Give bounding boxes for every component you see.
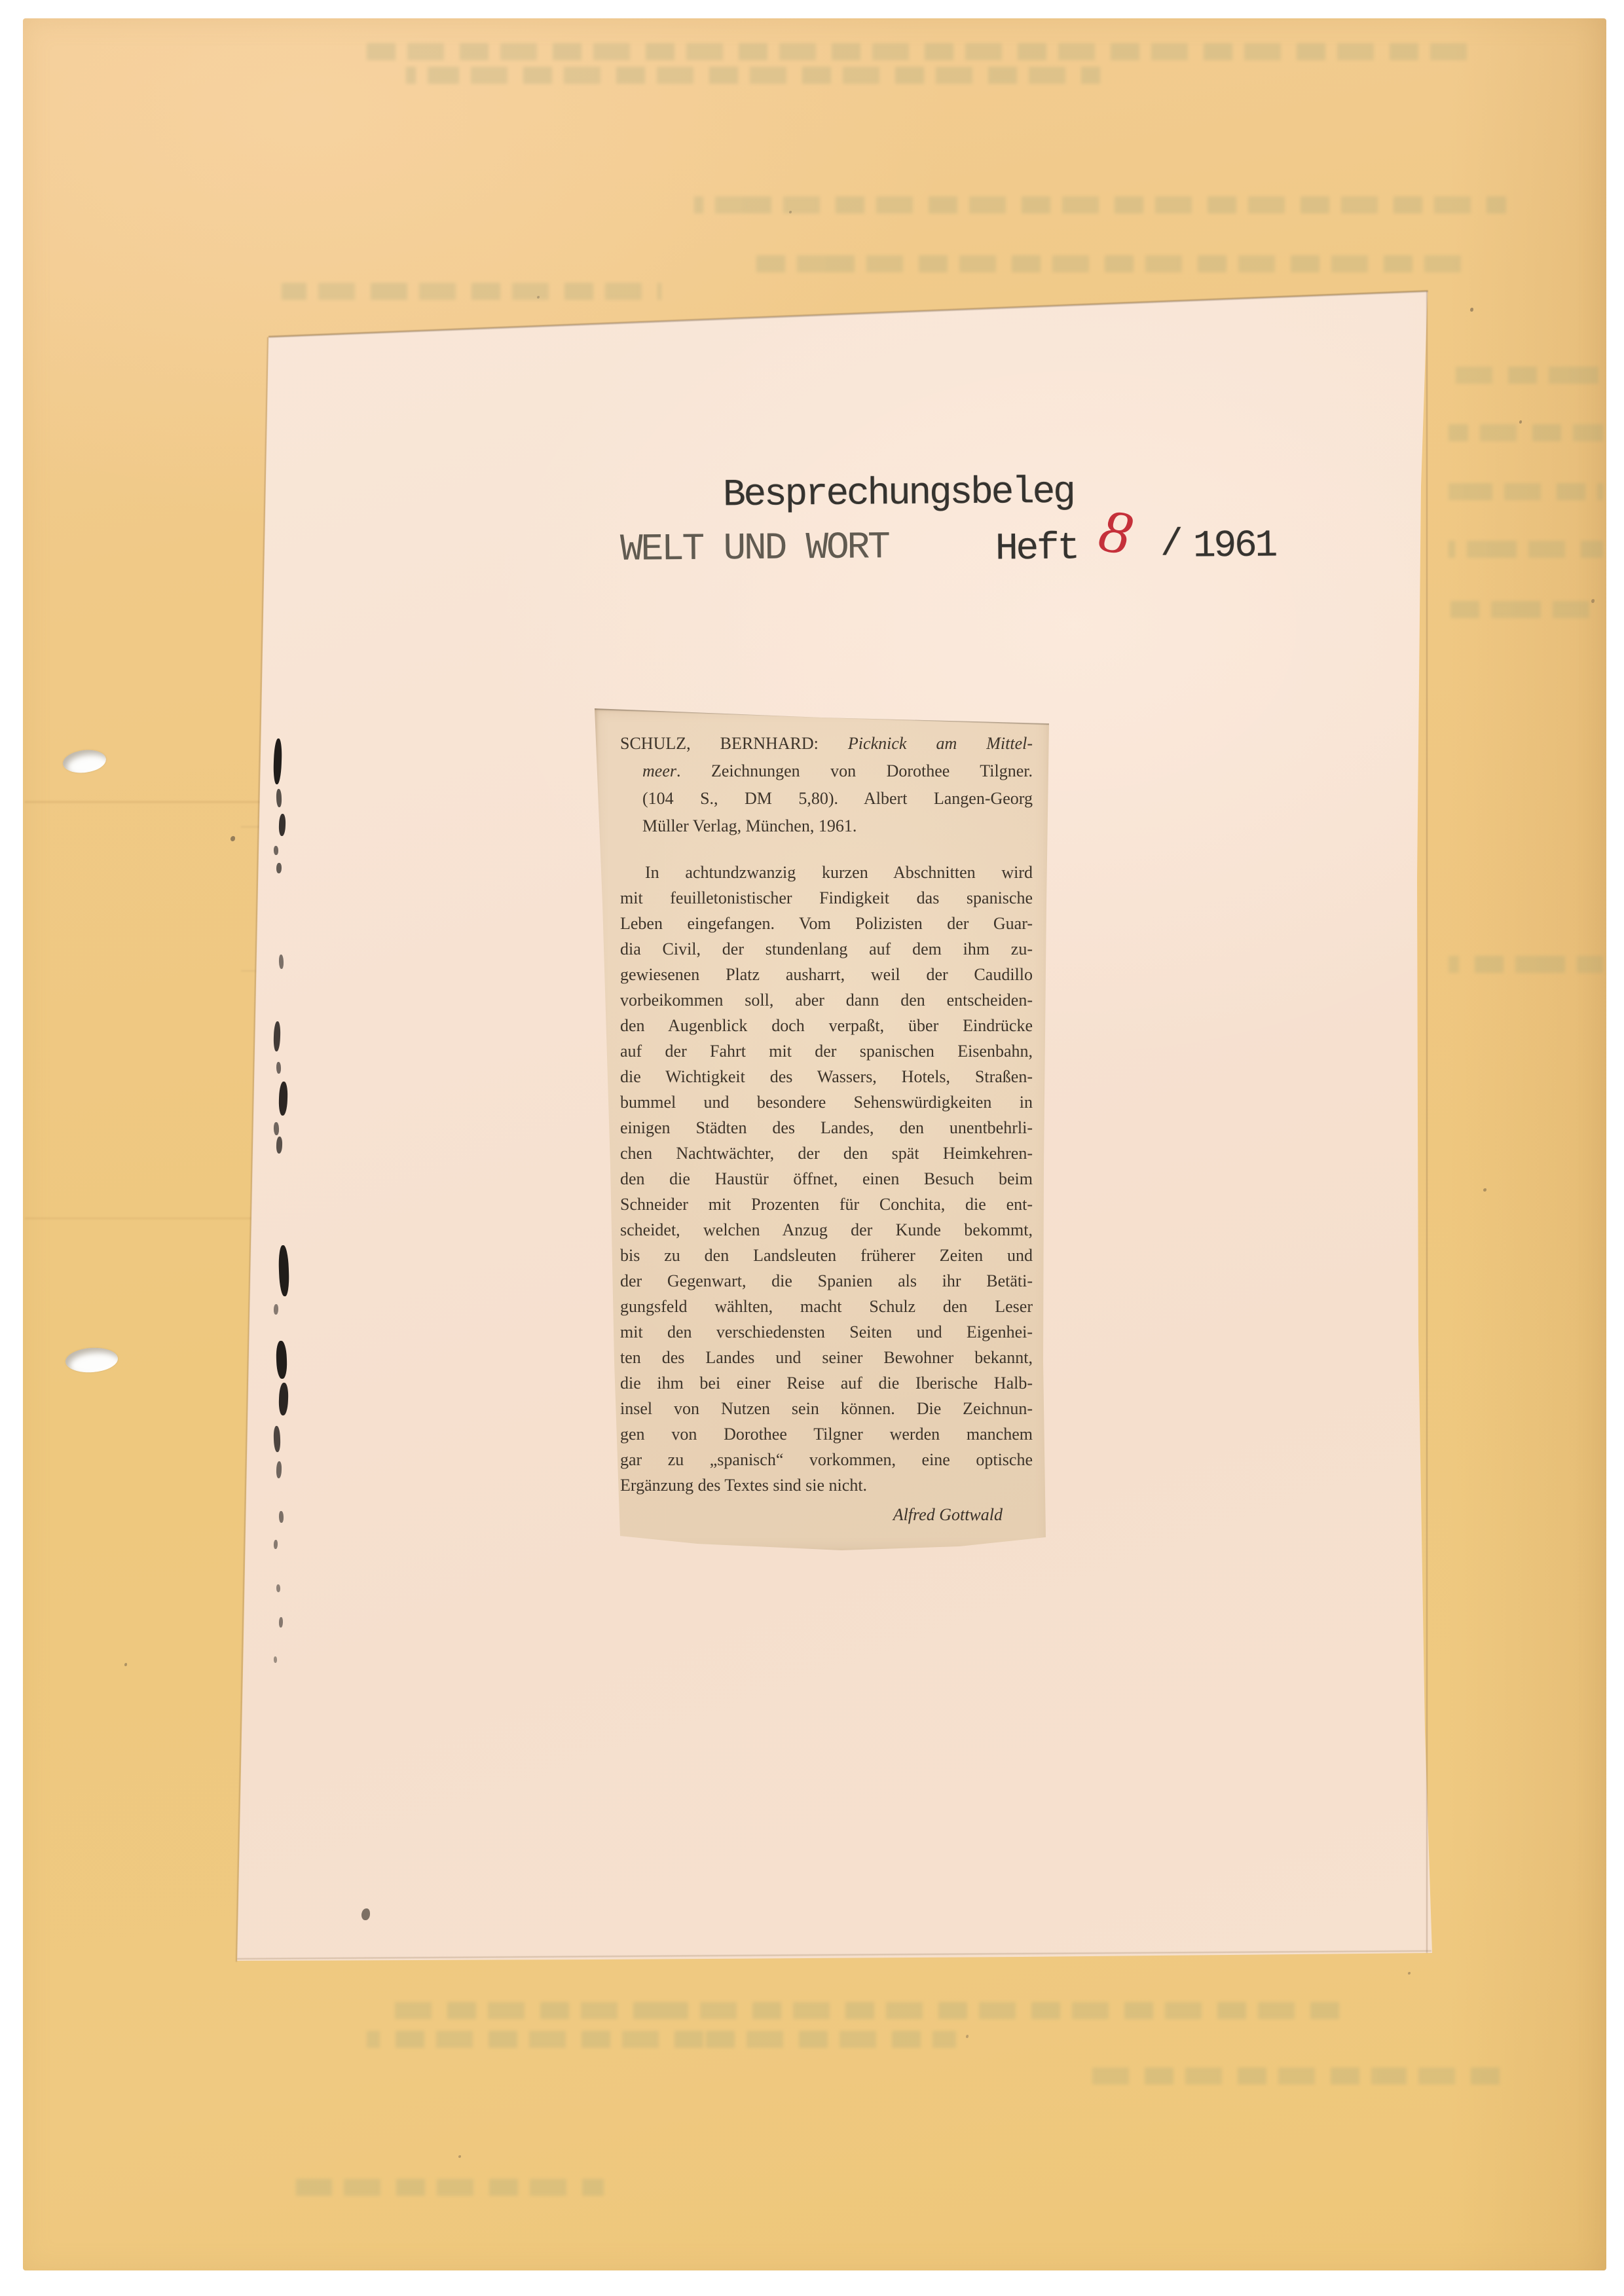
ghost-text-row xyxy=(1449,483,1603,500)
ghost-text-row xyxy=(1087,2068,1506,2085)
ghost-text-row xyxy=(1449,956,1603,973)
review-text-line: den die Haustür öffnet, einen Besuch bei… xyxy=(620,1166,1033,1192)
ghost-text-row xyxy=(694,196,1506,213)
scanned-document-page: { "header": { "doc_type_label": "Besprec… xyxy=(0,0,1624,2296)
review-text-line: dia Civil, der stundenlang auf dem ihm z… xyxy=(620,936,1033,962)
ghost-text-row xyxy=(367,2031,956,2048)
crease-line xyxy=(25,1218,268,1219)
ghost-text-row xyxy=(1449,541,1603,558)
heading-line-pages-price: (104 S., DM 5,80). Albert Langen-Georg xyxy=(620,785,1033,812)
sheet-right-edge xyxy=(1426,291,1428,1953)
review-text-line: mit feuilletonistischer Findigkeit das s… xyxy=(620,885,1033,911)
heading-line-publisher: Müller Verlag, München, 1961. xyxy=(620,812,1033,840)
toner-mark xyxy=(279,955,284,969)
ghost-text-row xyxy=(296,2179,604,2196)
newspaper-clipping: SCHULZ, BERNHARD: Picknick am Mittel- me… xyxy=(593,707,1051,1553)
ghost-text-row xyxy=(1449,601,1603,618)
review-text-line: den Augenblick doch verpaßt, über Eindrü… xyxy=(620,1013,1033,1038)
review-text-line: einigen Städten des Landes, den unentbeh… xyxy=(620,1115,1033,1140)
review-text-line: Ergänzung des Textes sind sie nicht. xyxy=(620,1472,1033,1498)
toner-mark xyxy=(274,1656,277,1663)
review-text-line: gewiesenen Platz ausharrt, weil der Caud… xyxy=(620,962,1033,987)
issue-year: 1961 xyxy=(1193,524,1276,568)
doc-type-label: Besprechungsbeleg xyxy=(723,471,1074,517)
ghost-text-row xyxy=(753,255,1473,272)
review-text-line: auf der Fahrt mit der spanischen Eisenba… xyxy=(620,1038,1033,1064)
illustrator-credit: . Zeichnungen von Dorothee Tilgner. xyxy=(676,761,1033,780)
review-text-line: ten des Landes und seiner Bewohner bekan… xyxy=(620,1345,1033,1370)
toner-mark xyxy=(274,846,278,855)
crease-line xyxy=(25,801,272,803)
review-text-line: chen Nachtwächter, der den spät Heimkehr… xyxy=(620,1140,1033,1166)
toner-mark xyxy=(274,1122,280,1135)
review-text-line: mit den verschiedensten Seiten und Eigen… xyxy=(620,1319,1033,1345)
clipping-text-column: SCHULZ, BERNHARD: Picknick am Mittel- me… xyxy=(620,730,1033,1527)
review-text-line: Schneider mit Prozenten für Conchita, di… xyxy=(620,1192,1033,1217)
review-text-line: Leben eingefangen. Vom Polizisten der Gu… xyxy=(620,911,1033,936)
review-text-line: In achtundzwanzig kurzen Abschnitten wir… xyxy=(620,860,1033,885)
review-text-line: scheidet, welchen Anzug der Kunde bekomm… xyxy=(620,1217,1033,1243)
reviewer-signature: Alfred Gottwald xyxy=(620,1502,1033,1527)
review-text-line: gen von Dorothee Tilgner werden manchem xyxy=(620,1421,1033,1447)
issue-separator: / xyxy=(1160,524,1181,566)
issue-label: Heft xyxy=(995,527,1079,570)
review-body-text: In achtundzwanzig kurzen Abschnitten wir… xyxy=(620,860,1033,1498)
ghost-text-row xyxy=(282,283,661,300)
ghost-text-row xyxy=(393,2002,1349,2019)
book-title-part1: Picknick am Mittel- xyxy=(848,734,1033,753)
heading-line: meer. Zeichnungen von Dorothee Tilgner. xyxy=(620,757,1033,785)
review-text-line: gungsfeld wählten, macht Schulz den Lese… xyxy=(620,1294,1033,1319)
ghost-text-row xyxy=(1449,424,1603,441)
heading-line: SCHULZ, BERNHARD: Picknick am Mittel- xyxy=(620,730,1033,757)
review-text-line: vorbeikommen soll, aber dann den entsche… xyxy=(620,987,1033,1013)
review-text-line: gar zu „spanisch“ vorkommen, eine optisc… xyxy=(620,1447,1033,1472)
author-name: SCHULZ, BERNHARD: xyxy=(620,734,848,753)
review-text-line: bis zu den Landsleuten früherer Zeiten u… xyxy=(620,1243,1033,1268)
review-text-line: die ihm bei einer Reise auf die Iberisch… xyxy=(620,1370,1033,1396)
review-text-line: der Gegenwart, die Spanien als ihr Betät… xyxy=(620,1268,1033,1294)
book-title-part2: meer xyxy=(642,761,676,780)
review-text-line: insel von Nutzen sein können. Die Zeichn… xyxy=(620,1396,1033,1421)
toner-mark xyxy=(276,1062,282,1074)
ghost-text-row xyxy=(367,43,1480,60)
toner-mark xyxy=(279,1511,284,1523)
journal-name: WELT UND WORT xyxy=(620,526,889,572)
toner-mark xyxy=(276,1584,280,1592)
review-text-line: die Wichtigkeit des Wassers, Hotels, Str… xyxy=(620,1064,1033,1089)
review-text-line: bummel und besondere Sehenswürdigkeiten … xyxy=(620,1089,1033,1115)
ghost-text-row xyxy=(1449,367,1603,384)
ghost-text-row xyxy=(406,67,1100,84)
review-bibliographic-heading: SCHULZ, BERNHARD: Picknick am Mittel- me… xyxy=(620,730,1033,840)
